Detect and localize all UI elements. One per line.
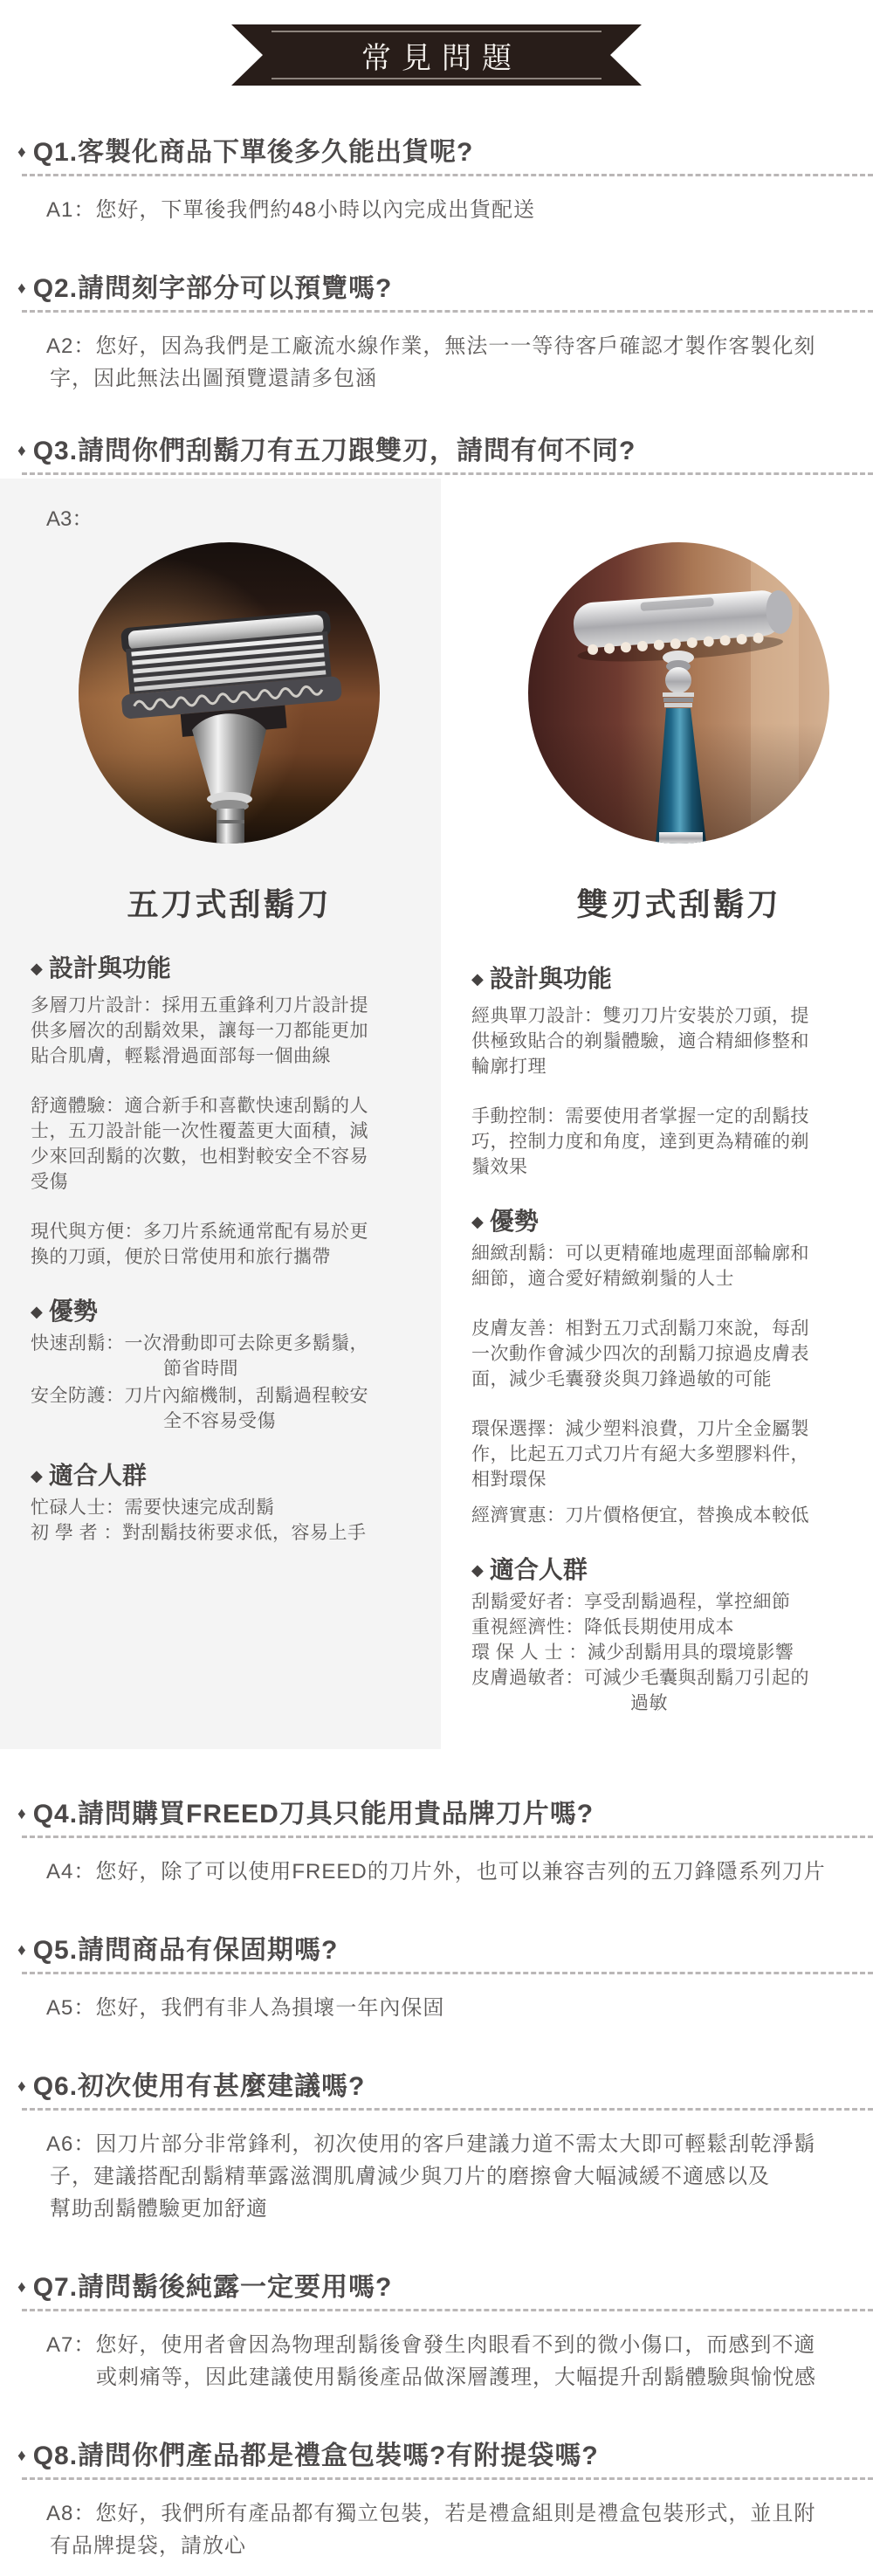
- question-q7: ♦ Q7.請問鬍後純露一定要用嗎?: [17, 2270, 873, 2305]
- answer-text: 有品牌提袋，請放心: [50, 2530, 873, 2562]
- answer-a1: A1：您好，下單後我們約48小時以內完成出貨配送: [46, 194, 873, 226]
- diamond-bullet-icon: ♦: [17, 2439, 27, 2474]
- dashed-divider: [22, 310, 873, 313]
- answer-text: 字，因此無法出圖預覽還請多包涵: [50, 362, 873, 395]
- page-title: 常見問題: [351, 34, 522, 77]
- question-text: Q2.請問刻字部分可以預覽嗎?: [33, 272, 393, 307]
- dashed-divider: [22, 174, 873, 176]
- banner-ribbon: 常見問題: [231, 24, 642, 86]
- question-q1: ♦ Q1.客製化商品下單後多久能出貨呢?: [17, 135, 873, 170]
- diamond-icon: ◆: [31, 1458, 43, 1493]
- answer-text: 因刀片部分非常鋒利，初次使用的客戶建議力道不需太大即可輕鬆刮乾淨鬍: [95, 2132, 815, 2156]
- diamond-bullet-icon: ♦: [17, 1933, 27, 1968]
- question-q3: ♦ Q3.請問你們刮鬍刀有五刀跟雙刃，請問有何不同?: [17, 434, 873, 469]
- paragraph: 多層刀片設計：採用五重鋒利刀片設計提 供多層次的刮鬍效果，讓每一刀都能更加 貼合…: [31, 993, 441, 1069]
- advantage-item: 安全防護：刀片內縮機制，刮鬍過程較安 全不容易受傷: [31, 1383, 441, 1434]
- double-edge-razor-photo: [528, 542, 829, 844]
- diamond-icon: ◆: [31, 1294, 43, 1329]
- five-blade-column: A3：: [0, 479, 441, 1749]
- razor-comparison-section: A3：: [0, 479, 873, 1749]
- question-text: Q3.請問你們刮鬍刀有五刀跟雙刃，請問有何不同?: [33, 434, 636, 469]
- question-text: Q5.請問商品有保固期嗎?: [33, 1933, 339, 1968]
- answer-text: 您好，因為我們是工廠流水線作業，無法一一等待客戶確認才製作客製化刻: [95, 334, 815, 358]
- diamond-bullet-icon: ♦: [17, 434, 27, 469]
- paragraph: 舒適體驗：適合新手和喜歡快速刮鬍的人 士，五刀設計能一次性覆蓋更大面積，減 少來…: [31, 1093, 441, 1195]
- suitable-item: 忙碌人士：需要快速完成刮鬍 初 學 者 ：對刮鬍技術要求低，容易上手: [31, 1495, 441, 1546]
- question-text: Q6.初次使用有甚麼建議嗎?: [33, 2070, 366, 2104]
- answer-label: A3：: [46, 503, 441, 535]
- five-blade-title: 五刀式刮鬍刀: [79, 885, 380, 924]
- answer-label: A1：: [46, 198, 95, 222]
- question-text: Q8.請問你們產品都是禮盒包裝嗎?有附提袋嗎?: [33, 2439, 599, 2474]
- question-text: Q1.客製化商品下單後多久能出貨呢?: [33, 135, 474, 170]
- diamond-bullet-icon: ♦: [17, 2070, 27, 2104]
- double-edge-razor-illustration: [528, 542, 829, 844]
- dashed-divider: [22, 2108, 873, 2111]
- answer-text: 您好，下單後我們約48小時以內完成出貨配送: [95, 198, 535, 222]
- diamond-icon: ◆: [471, 1553, 484, 1588]
- diamond-bullet-icon: ♦: [17, 2270, 27, 2305]
- answer-a2: A2：您好，因為我們是工廠流水線作業，無法一一等待客戶確認才製作客製化刻 字，因…: [46, 330, 873, 395]
- answer-a8: A8：您好，我們所有產品都有獨立包裝，若是禮盒組則是禮盒包裝形式，並且附 有品牌…: [46, 2497, 873, 2562]
- section-heading-advantages: ◆ 優勢: [471, 1204, 873, 1239]
- answer-text: 您好，我們所有產品都有獨立包裝，若是禮盒組則是禮盒包裝形式，並且附: [95, 2502, 815, 2525]
- section-heading-design: ◆ 設計與功能: [31, 951, 441, 986]
- question-q5: ♦ Q5.請問商品有保固期嗎?: [17, 1933, 873, 1968]
- question-text: Q7.請問鬍後純露一定要用嗎?: [33, 2270, 393, 2305]
- answer-text: 子，建議搭配刮鬍精華露滋潤肌膚減少與刀片的磨擦會大幅減緩不適感以及: [50, 2160, 873, 2193]
- question-text: Q4.請問購買FREED刀具只能用貴品牌刀片嗎?: [33, 1797, 594, 1832]
- diamond-icon: ◆: [471, 961, 484, 996]
- five-blade-razor-illustration: [79, 542, 380, 844]
- answer-label: A6：: [46, 2132, 95, 2156]
- section-heading-design: ◆ 設計與功能: [471, 961, 873, 996]
- paragraph: 現代與方便：多刀片系統通常配有易於更 換的刀頭，便於日常使用和旅行攜帶: [31, 1219, 441, 1270]
- answer-text: 您好，使用者會因為物理刮鬍後會發生肉眼看不到的微小傷口，而感到不適: [95, 2333, 815, 2357]
- question-q6: ♦ Q6.初次使用有甚麼建議嗎?: [17, 2070, 873, 2104]
- question-q4: ♦ Q4.請問購買FREED刀具只能用貴品牌刀片嗎?: [17, 1797, 873, 1832]
- diamond-bullet-icon: ♦: [17, 272, 27, 307]
- question-q8: ♦ Q8.請問你們產品都是禮盒包裝嗎?有附提袋嗎?: [17, 2439, 873, 2474]
- advantage-item: 皮膚友善：相對五刀式刮鬍刀來說，每刮 一次動作會減少四次的刮鬍刀掠過皮膚表 面，…: [471, 1316, 873, 1392]
- answer-text: 您好，除了可以使用FREED的刀片外，也可以兼容吉列的五刀鋒隱系列刀片: [95, 1860, 825, 1884]
- five-blade-razor-photo: [79, 542, 380, 844]
- dashed-divider: [22, 1972, 873, 1974]
- banner: 常見問題: [0, 0, 873, 86]
- double-edge-column: 雙刃式刮鬍刀 ◆ 設計與功能 經典單刀設計：雙刃刀片安裝於刀頭，提 供極致貼合的…: [441, 479, 873, 1749]
- answer-a5: A5：您好，我們有非人為損壞一年內保固: [46, 1992, 873, 2024]
- answer-a7: A7：您好，使用者會因為物理刮鬍後會發生肉眼看不到的微小傷口，而感到不適 或刺痛…: [46, 2329, 873, 2393]
- answer-label: A2：: [46, 334, 95, 358]
- answer-a4: A4：您好，除了可以使用FREED的刀片外，也可以兼容吉列的五刀鋒隱系列刀片: [46, 1856, 873, 1888]
- section-heading-advantages: ◆ 優勢: [31, 1294, 441, 1329]
- section-heading-suitable: ◆ 適合人群: [31, 1458, 441, 1493]
- paragraph: 經典單刀設計：雙刃刀片安裝於刀頭，提 供極致貼合的剃鬚體驗，適合精細修整和 輪廓…: [471, 1003, 873, 1079]
- answer-text: 或刺痛等，因此建議使用鬍後產品做深層護理，大幅提升刮鬍體驗與愉悅感: [96, 2361, 873, 2393]
- dashed-divider: [22, 2309, 873, 2311]
- answer-label: A8：: [46, 2502, 95, 2525]
- section-heading-suitable: ◆ 適合人群: [471, 1553, 873, 1588]
- five-blade-content: ◆ 設計與功能 多層刀片設計：採用五重鋒利刀片設計提 供多層次的刮鬍效果，讓每一…: [0, 951, 441, 1546]
- advantage-item: 快速刮鬍：一次滑動即可去除更多鬍鬚， 節省時間: [31, 1331, 441, 1381]
- paragraph: 手動控制：需要使用者掌握一定的刮鬍技 巧，控制力度和角度，達到更為精確的剃 鬚效…: [471, 1104, 873, 1180]
- answer-text: 您好，我們有非人為損壞一年內保固: [95, 1996, 444, 2020]
- dashed-divider: [22, 1836, 873, 1838]
- answer-text: 幫助刮鬍體驗更加舒適: [50, 2193, 873, 2225]
- answer-label: A4：: [46, 1860, 95, 1884]
- diamond-icon: ◆: [31, 951, 43, 986]
- diamond-icon: ◆: [471, 1204, 484, 1239]
- dashed-divider: [22, 472, 873, 475]
- dashed-divider: [22, 2477, 873, 2480]
- double-edge-title: 雙刃式刮鬍刀: [528, 885, 829, 924]
- advantage-item: 環保選擇：減少塑料浪費，刀片全金屬製 作，比起五刀式刀片有絕大多塑膠料件， 相對…: [471, 1416, 873, 1492]
- double-edge-content: ◆ 設計與功能 經典單刀設計：雙刃刀片安裝於刀頭，提 供極致貼合的剃鬚體驗，適合…: [441, 924, 873, 1716]
- diamond-bullet-icon: ♦: [17, 135, 27, 170]
- suitable-item: 刮鬍愛好者：享受刮鬍過程，掌控細節 重視經濟性：降低長期使用成本 環 保 人 士…: [471, 1589, 873, 1716]
- diamond-bullet-icon: ♦: [17, 1797, 27, 1832]
- answer-label: A5：: [46, 1996, 95, 2020]
- question-q2: ♦ Q2.請問刻字部分可以預覽嗎?: [17, 272, 873, 307]
- advantage-item: 細緻刮鬍：可以更精確地處理面部輪廓和 細節，適合愛好精緻剃鬚的人士: [471, 1241, 873, 1291]
- answer-label: A7：: [46, 2333, 95, 2357]
- advantage-item: 經濟實惠：刀片價格便宜，替換成本較低: [471, 1503, 873, 1528]
- answer-a6: A6：因刀片部分非常鋒利，初次使用的客戶建議力道不需太大即可輕鬆刮乾淨鬍 子，建…: [46, 2128, 873, 2225]
